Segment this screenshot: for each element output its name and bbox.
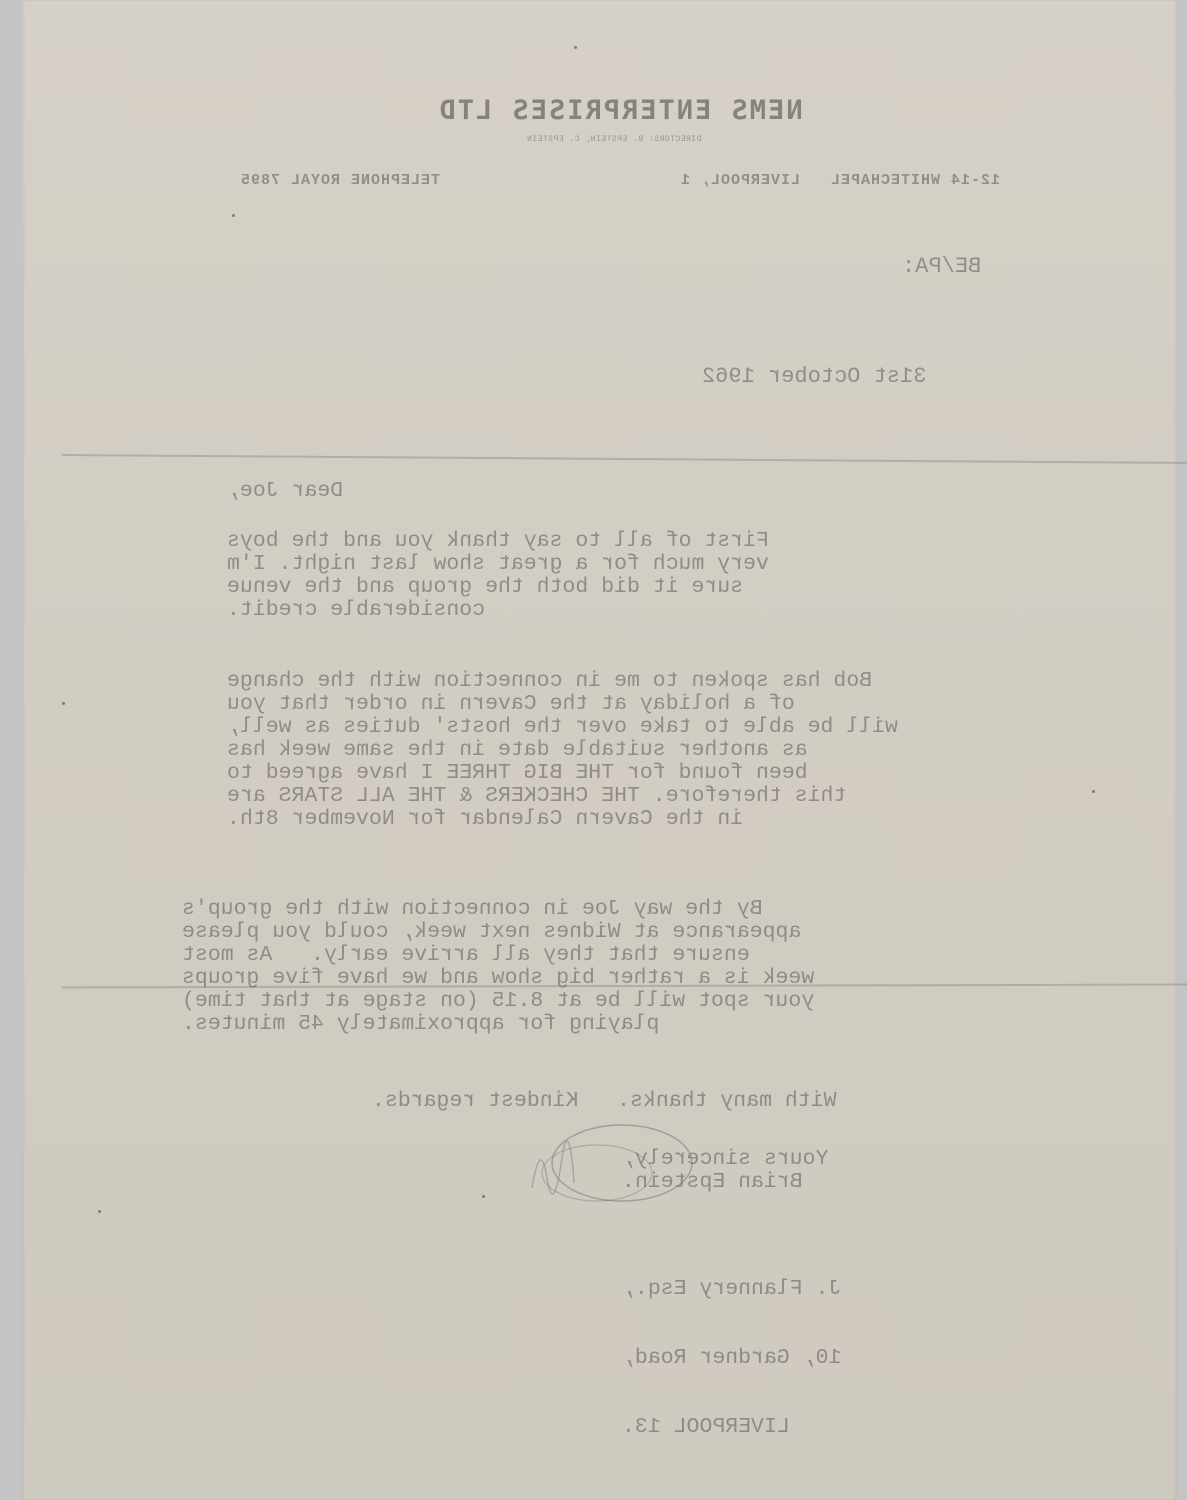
paper-speck [62, 702, 65, 705]
letterhead-contact: 12-14 WHITECHAPEL LIVERPOOL, 1 TELEPHONE… [240, 172, 1000, 240]
recipient-name: J. Flannery Esq., [622, 1278, 1007, 1301]
signature-mark [502, 1118, 702, 1208]
letter-paper: NEMS ENTERPRISES LTD DIRECTORS: B. EPSTE… [22, 0, 1177, 1500]
paper-speck [482, 1195, 485, 1198]
letterhead-company: NEMS ENTERPRISES LTD [430, 95, 810, 126]
recipient-address: J. Flannery Esq., 10, Gardner Road, LIVE… [622, 1232, 1007, 1485]
recipient-street: 10, Gardner Road, [622, 1347, 1007, 1370]
letterhead-telephone: TELEPHONE ROYAL 7895 [240, 172, 440, 189]
letter-salutation: Dear Joe, [227, 480, 1007, 503]
letter-paragraph: Bob has spoken to me in connection with … [227, 670, 1007, 831]
paper-speck [1092, 790, 1095, 793]
paper-speck [232, 214, 235, 217]
letterhead-directors: DIRECTORS: B. EPSTEIN, C. EPSTEIN [509, 135, 719, 144]
letter-closing: With many thanks. Kindest regards. [372, 1090, 1007, 1113]
letter-reference: BE/PA: [902, 254, 981, 279]
recipient-city: LIVERPOOL 13. [622, 1416, 1007, 1439]
letter-paragraph: By the way Joe in connection with the gr… [182, 898, 1007, 1036]
letter-date: 31st October 1962 [702, 364, 926, 389]
paper-speck [574, 46, 577, 49]
letter-paragraph: First of all to say thank you and the bo… [227, 530, 1007, 622]
letterhead-address: 12-14 WHITECHAPEL LIVERPOOL, 1 [680, 172, 1000, 189]
paper-speck [98, 1210, 101, 1213]
paper-fold-line [62, 454, 1187, 464]
